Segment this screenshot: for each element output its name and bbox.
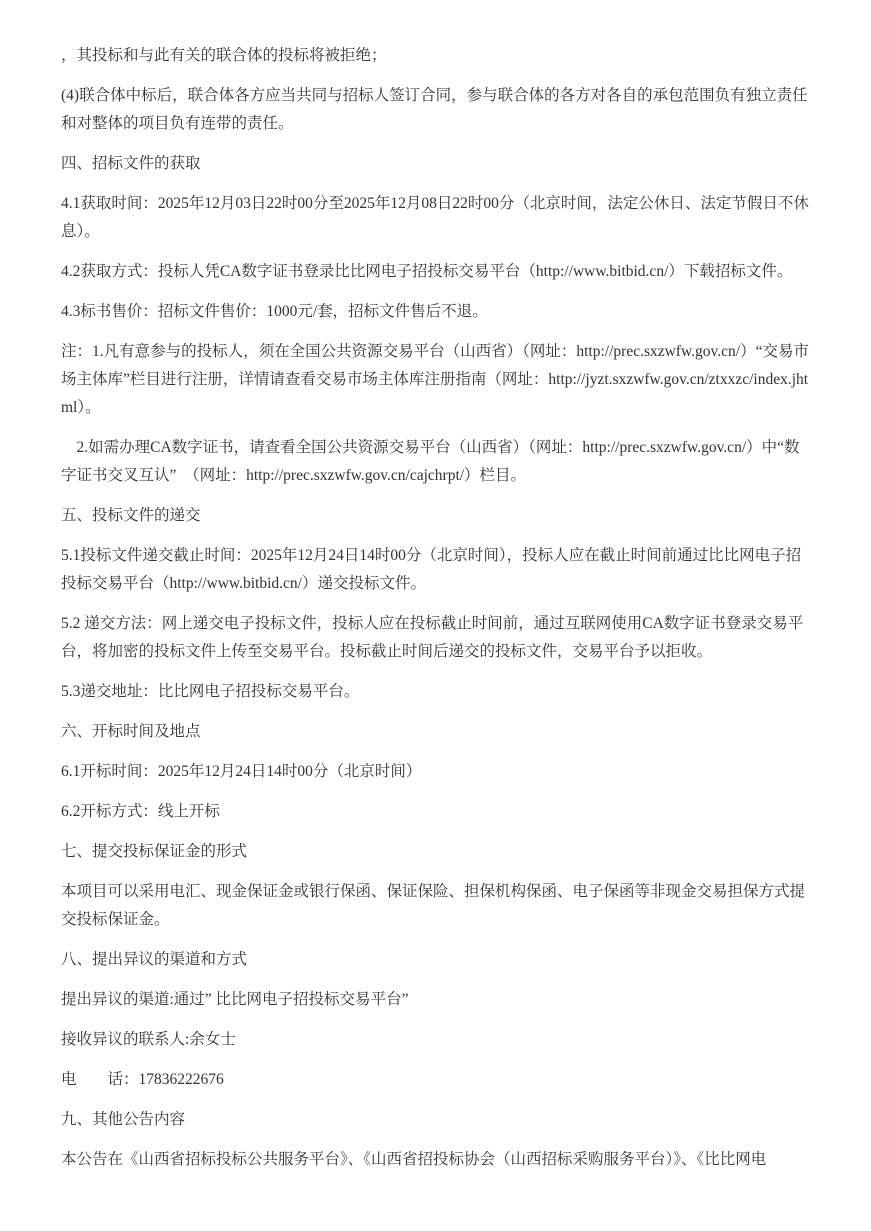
clause-5-2-submission-method: 5.2 递交方法：网上递交电子投标文件，投标人应在投标截止时间前，通过互联网使用… xyxy=(61,610,811,666)
clause-5-1-submission-deadline: 5.1投标文件递交截止时间：2025年12月24日14时00分（北京时间），投标… xyxy=(61,542,811,598)
objection-contact-line: 接收异议的联系人:余女士 xyxy=(61,1026,811,1054)
section-9-heading: 九、其他公告内容 xyxy=(61,1106,811,1134)
phone-label: 电 话： xyxy=(61,1071,139,1088)
tender-announcement-document: ，其投标和与此有关的联合体的投标将被拒绝； (4)联合体中标后，联合体各方应当共… xyxy=(0,0,871,1231)
phone-number: 17836222676 xyxy=(139,1071,224,1088)
clause-4-1-obtain-time: 4.1获取时间：2025年12月03日22时00分至2025年12月08日22时… xyxy=(61,190,811,246)
clause-6-2-bid-opening-method: 6.2开标方式：线上开标 xyxy=(61,798,811,826)
note-1-platform-registration: 注：1.凡有意参与的投标人，须在全国公共资源交易平台（山西省）（网址：http:… xyxy=(61,338,811,422)
joint-bid-rejection-clause: ，其投标和与此有关的联合体的投标将被拒绝； xyxy=(61,42,811,70)
note-2-ca-certificate: 2.如需办理CA数字证书，请查看全国公共资源交易平台（山西省）（网址：http:… xyxy=(61,434,811,490)
joint-venture-liability-clause: (4)联合体中标后，联合体各方应当共同与招标人签订合同，参与联合体的各方对各自的… xyxy=(61,82,811,138)
bid-security-forms-paragraph: 本项目可以采用电汇、现金保证金或银行保函、保证保险、担保机构保函、电子保函等非现… xyxy=(61,878,811,934)
objection-channel-line: 提出异议的渠道:通过” 比比网电子招投标交易平台” xyxy=(61,986,811,1014)
publication-platforms-paragraph: 本公告在《山西省招标投标公共服务平台》、《山西省招投标协会（山西招标采购服务平台… xyxy=(61,1146,811,1174)
clause-5-3-submission-address: 5.3递交地址：比比网电子招投标交易平台。 xyxy=(61,678,811,706)
section-8-heading: 八、提出异议的渠道和方式 xyxy=(61,946,811,974)
clause-4-2-obtain-method: 4.2获取方式：投标人凭CA数字证书登录比比网电子招投标交易平台（http://… xyxy=(61,258,811,286)
section-7-heading: 七、提交投标保证金的形式 xyxy=(61,838,811,866)
section-4-heading: 四、招标文件的获取 xyxy=(61,150,811,178)
clause-6-1-bid-opening-time: 6.1开标时间：2025年12月24日14时00分（北京时间） xyxy=(61,758,811,786)
clause-4-3-document-price: 4.3标书售价：招标文件售价：1000元/套，招标文件售后不退。 xyxy=(61,298,811,326)
section-5-heading: 五、投标文件的递交 xyxy=(61,502,811,530)
section-6-heading: 六、开标时间及地点 xyxy=(61,718,811,746)
objection-phone-line: 电 话：17836222676 xyxy=(61,1066,811,1094)
